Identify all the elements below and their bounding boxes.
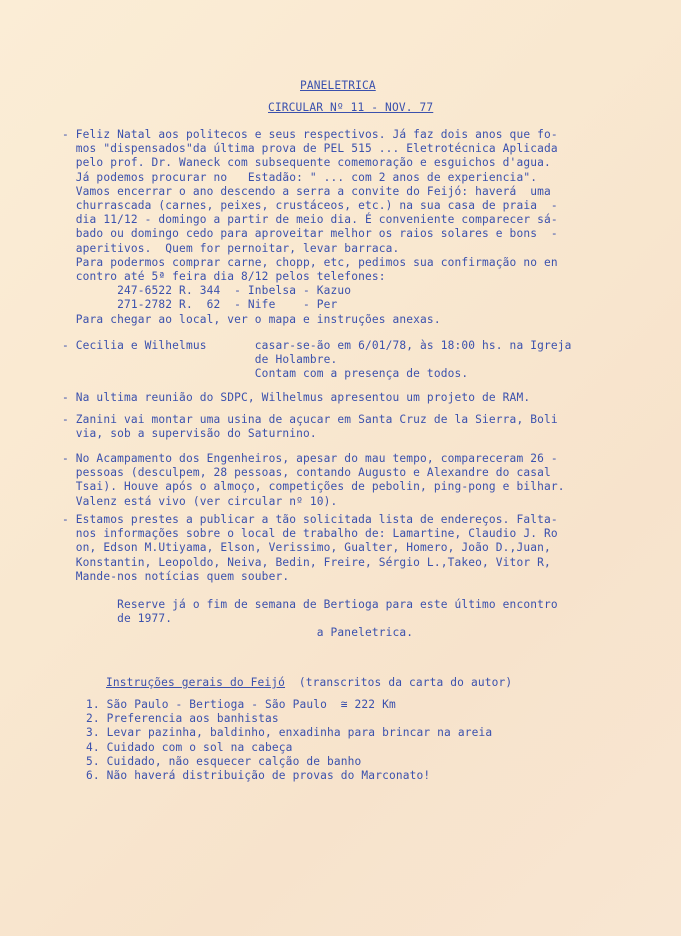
text-line: Para chegar ao local, ver o mapa e instr… bbox=[62, 313, 558, 327]
text-line: pelo prof. Dr. Waneck com subsequente co… bbox=[62, 156, 558, 170]
document-title: PANELETRICA bbox=[300, 79, 376, 93]
text-line: dia 11/12 - domingo a partir de meio dia… bbox=[62, 213, 558, 227]
text-line: churrascada (carnes, peixes, crustáceos,… bbox=[62, 199, 558, 213]
text-line: de Holambre. bbox=[62, 353, 572, 367]
text-line: - Zanini vai montar uma usina de açucar … bbox=[62, 413, 558, 427]
text-line: Contam com a presença de todos. bbox=[62, 367, 572, 381]
text-line: mos "dispensados"da última prova de PEL … bbox=[62, 142, 558, 156]
instructions-heading: Instruções gerais do Feijó (transcritos … bbox=[106, 676, 512, 690]
text-line: Vamos encerrar o ano descendo a serra a … bbox=[62, 185, 558, 199]
text-line: on, Edson M.Utiyama, Elson, Verissimo, G… bbox=[62, 541, 558, 555]
text-line: Reserve já o fim de semana de Bertioga p… bbox=[62, 598, 558, 612]
text-line: - No Acampamento dos Engenheiros, apesar… bbox=[62, 452, 565, 466]
paragraph-natal: - Feliz Natal aos politecos e seus respe… bbox=[62, 128, 558, 327]
text-line: 6. Não haverá distribuição de provas do … bbox=[86, 769, 492, 783]
text-line: 4. Cuidado com o sol na cabeça bbox=[86, 741, 492, 755]
text-line: contro até 5ª feira dia 8/12 pelos telef… bbox=[62, 270, 558, 284]
text-line: Para podermos comprar carne, chopp, etc,… bbox=[62, 256, 558, 270]
paragraph-zanini: - Zanini vai montar uma usina de açucar … bbox=[62, 413, 558, 441]
text-line: 2. Preferencia aos banhistas bbox=[86, 712, 492, 726]
text-line: 1. São Paulo - Bertioga - São Paulo ≅ 22… bbox=[86, 698, 492, 712]
text-line: Tsai). Houve após o almoço, competições … bbox=[62, 480, 565, 494]
text-line: 247-6522 R. 344 - Inbelsa - Kazuo bbox=[62, 284, 558, 298]
instructions-list: 1. São Paulo - Bertioga - São Paulo ≅ 22… bbox=[86, 698, 492, 783]
paragraph-reserve: Reserve já o fim de semana de Bertioga p… bbox=[62, 598, 558, 641]
paragraph-sdpc: - Na ultima reunião do SDPC, Wilhelmus a… bbox=[62, 391, 530, 405]
instructions-title: Instruções gerais do Feijó bbox=[106, 676, 285, 689]
document-page: PANELETRICA CIRCULAR Nº 11 - NOV. 77 - F… bbox=[0, 0, 681, 936]
text-line: - Feliz Natal aos politecos e seus respe… bbox=[62, 128, 558, 142]
text-line: Valenz está vivo (ver circular nº 10). bbox=[62, 495, 565, 509]
text-line: Konstantin, Leopoldo, Neiva, Bedin, Frei… bbox=[62, 556, 558, 570]
text-line: via, sob a supervisão do Saturnino. bbox=[62, 427, 558, 441]
text-line: Mande-nos notícias quem souber. bbox=[62, 570, 558, 584]
document-subtitle: CIRCULAR Nº 11 - NOV. 77 bbox=[268, 101, 433, 115]
text-line: aperitivos. Quem for pernoitar, levar ba… bbox=[62, 242, 558, 256]
text-line: - Cecilia e Wilhelmus casar-se-ão em 6/0… bbox=[62, 339, 572, 353]
instructions-note: (transcritos da carta do autor) bbox=[299, 676, 512, 689]
text-line: bado ou domingo cedo para aproveitar mel… bbox=[62, 227, 558, 241]
text-line: 5. Cuidado, não esquecer calção de banho bbox=[86, 755, 492, 769]
text-line: de 1977. bbox=[62, 612, 558, 626]
paragraph-acampamento: - No Acampamento dos Engenheiros, apesar… bbox=[62, 452, 565, 509]
text-line: - Estamos prestes a publicar a tão solic… bbox=[62, 513, 558, 527]
text-line: pessoas (desculpem, 28 pessoas, contando… bbox=[62, 466, 565, 480]
paragraph-casamento: - Cecilia e Wilhelmus casar-se-ão em 6/0… bbox=[62, 339, 572, 382]
text-line: - Na ultima reunião do SDPC, Wilhelmus a… bbox=[62, 391, 530, 405]
text-line: 271-2782 R. 62 - Nife - Per bbox=[62, 298, 558, 312]
text-line: a Paneletrica. bbox=[62, 626, 558, 640]
text-line: Já podemos procurar no Estadão: " ... co… bbox=[62, 171, 558, 185]
text-line: 3. Levar pazinha, baldinho, enxadinha pa… bbox=[86, 726, 492, 740]
paragraph-enderecos: - Estamos prestes a publicar a tão solic… bbox=[62, 513, 558, 584]
text-line: nos informações sobre o local de trabalh… bbox=[62, 527, 558, 541]
